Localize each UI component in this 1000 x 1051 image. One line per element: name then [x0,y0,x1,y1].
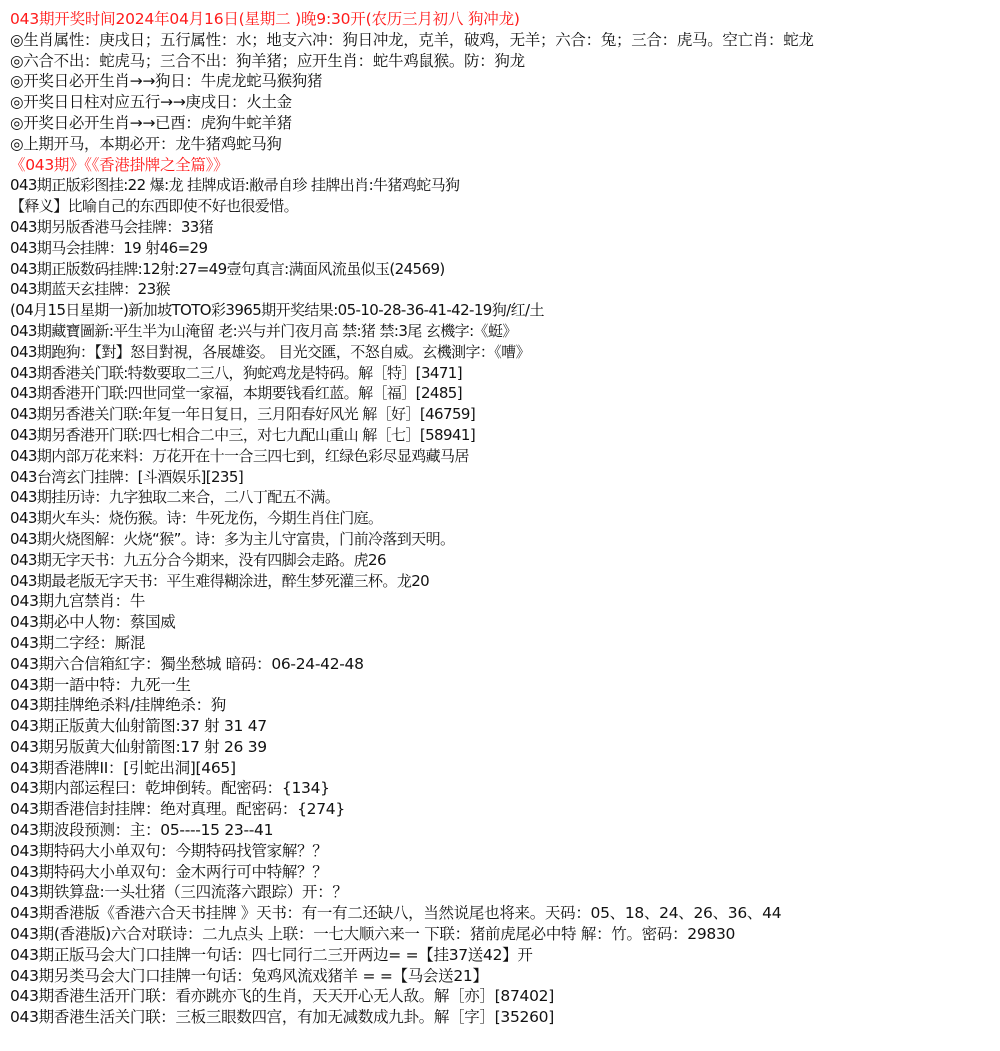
attribute-line: ◎开奖日必开生肖→→已酉：虎狗牛蛇羊猪 [10,113,995,134]
entry-line: 043期蓝天玄挂牌：23猴 [10,279,995,300]
entry-line: 043期九宫禁肖：牛 [10,591,995,612]
attribute-line: ◎上期开马，本期必开：龙牛猪鸡蛇马狗 [10,134,995,155]
entry-line: 043期另香港开门联:四七相合二中三，对七九配山重山 解［七］[58941] [10,425,995,446]
entry-line: 043期无字天书：九五分合今期来，没有四脚会走路。虎26 [10,550,995,571]
entry-line: 043期另类马会大门口挂牌一句话：兔鸡风流戏猪羊 = =【马会送21】 [10,966,995,987]
section-title: 《043期》《《香港掛牌之全篇》》 [10,155,995,176]
entry-line: 043期一語中特：九死一生 [10,675,995,696]
attribute-line: ◎六合不出：蛇虎马；三合不出：狗羊猪；应开生肖：蛇牛鸡鼠猴。防：狗龙 [10,51,995,72]
entry-line: 043期(香港版)六合对联诗：二九点头 上联：一七大顺六来一 下联：猪前虎尾必中… [10,924,995,945]
entry-line: 043期香港关门联:特数要取二三八，狗蛇鸡龙是特码。解［特］[3471] [10,363,995,384]
entry-line: 043期香港牌II：[引蛇出洞][465] [10,758,995,779]
entry-line: 043期铁算盘:一头壮猪（三四流落六跟踪）开：？ [10,882,995,903]
entry-line: 043期马会挂牌：19 射46=29 [10,238,995,259]
entry-line: 043期香港开门联:四世同堂一家福，本期要钱看红蓝。解［福］[2485] [10,383,995,404]
entry-line: 043期正版马会大门口挂牌一句话：四七同行二三开两边= =【挂37送42】开 [10,945,995,966]
entry-line: 043期必中人物：蔡国威 [10,612,995,633]
entry-line: (04月15日星期一)新加坡TOTO彩3965期开奖结果:05-10-28-36… [10,300,995,321]
entry-line: 043期二字经：厮混 [10,633,995,654]
entry-line: 043期香港生活关门联：三板三眼数四宫，有加无减数成九卦。解［字］[35260] [10,1007,995,1028]
entry-line: 043期跑狗：【對】怒目對視，各展雄姿。 目光交匯，不怒自威。玄機測字：《嘈》 [10,342,995,363]
attribute-line: ◎开奖日日柱对应五行→→庚戌日：火土金 [10,92,995,113]
entry-line: 043期香港信封挂牌：绝对真理。配密码：{274} [10,799,995,820]
entry-line: 043期正版黄大仙射箭图:37 射 31 47 [10,716,995,737]
entry-line: 043期正版彩图挂:22 爆:龙 挂牌成语:敝帚自珍 挂牌出肖:牛猪鸡蛇马狗 [10,175,995,196]
entry-line: 043期挂牌绝杀料/挂牌绝杀：狗 [10,695,995,716]
entry-line: 043期另版香港马会挂牌：33猪 [10,217,995,238]
entry-line: 043期藏寶圖新:平生半为山淹留 老:兴与并门夜月高 禁:猪 禁:3尾 玄機字:… [10,321,995,342]
entry-line: 043期香港生活开门联：看亦跳亦飞的生肖，天天开心无人敌。解［亦］[87402] [10,986,995,1007]
entry-line: 043期内部运程曰：乾坤倒转。配密码：{134} [10,778,995,799]
entry-line: 043期火车头：烧伤猴。诗：牛死龙伤，今期生肖住门庭。 [10,508,995,529]
draw-time-header: 043期开奖时间2024年04月16日(星期二 )晚9:30开(农历三月初八 狗… [10,9,995,30]
entry-line: 043期特码大小单双句：今期特码找管家解？？ [10,841,995,862]
entry-line: 043期另版黄大仙射箭图:17 射 26 39 [10,737,995,758]
entry-line: 043台湾玄门挂牌：[斗酒娱乐][235] [10,467,995,488]
lottery-document: 043期开奖时间2024年04月16日(星期二 )晚9:30开(农历三月初八 狗… [10,9,995,1028]
entry-line: 043期六合信箱紅字：獨坐愁城 暗码：06-24-42-48 [10,654,995,675]
entry-line: 043期波段预测：主：05----15 23--41 [10,820,995,841]
entry-line: 043期内部万花来料：万花开在十一合三四七到，红绿色彩尽显鸡藏马居 [10,446,995,467]
entry-line: 043期挂历诗：九字独取二来合，二八丁配五不满。 [10,487,995,508]
attribute-line: ◎开奖日必开生肖→→狗日：牛虎龙蛇马猴狗猪 [10,71,995,92]
entry-line: 043期另香港关门联:年复一年日复日，三月阳春好风光 解［好］[46759] [10,404,995,425]
entry-line: 043期特码大小单双句：金木两行可中特解？？ [10,862,995,883]
entry-line: 043期正版数码挂牌:12射:27=49壹句真言:满面风流虽似玉(24569) [10,259,995,280]
entry-line: 043期火烧图解：火烧“猴”。诗：多为主儿守富贵，门前冷落到天明。 [10,529,995,550]
attribute-line: ◎生肖属性：庚戌日；五行属性：水；地支六冲：狗日冲龙，克羊，破鸡，无羊；六合：兔… [10,30,995,51]
entry-line: 【释义】比喻自己的东西即使不好也很爱惜。 [10,196,995,217]
entry-line: 043期香港版《香港六合天书挂牌 》天书：有一有二还缺八，当然说尾也将来。天码：… [10,903,995,924]
entry-line: 043期最老版无字天书：平生难得糊涂进，醉生梦死灌三杯。龙20 [10,571,995,592]
